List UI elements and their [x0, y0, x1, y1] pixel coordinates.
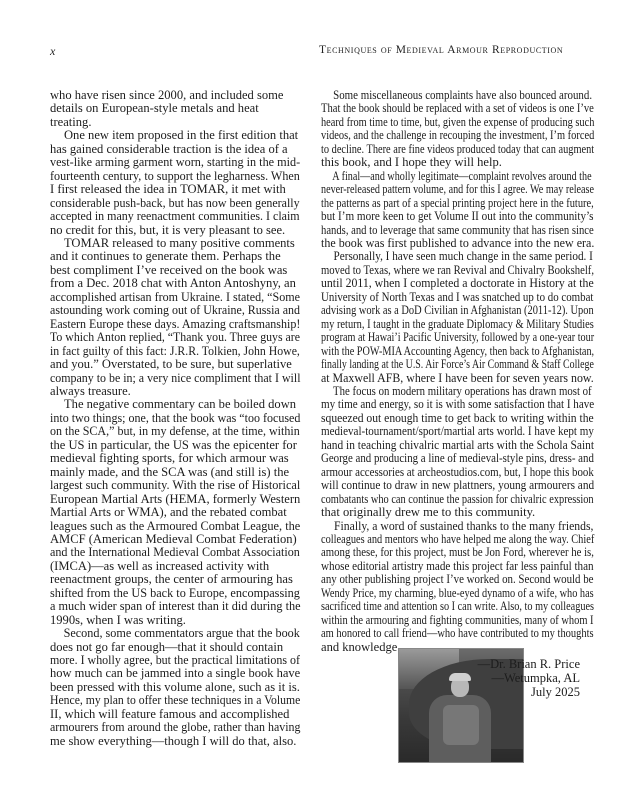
text-line: am honored to call friend—who have contr…	[321, 627, 549, 640]
text-line: medieval fighting sports, for which armo…	[50, 452, 300, 465]
text-line: considerable push-back, but has now been…	[50, 197, 289, 210]
text-line: with the POW-MIA Accounting Agency, then…	[321, 345, 543, 358]
text-line: on the SCA,” but, in my defense, at the …	[50, 425, 290, 438]
author-name: —Dr. Brian R. Price	[478, 657, 580, 671]
text-line: George and producing a line of medieval-…	[321, 452, 558, 465]
text-line: but I’m more keen to get Volume II out i…	[321, 210, 564, 223]
text-line: always treasure.	[50, 385, 300, 398]
text-line: largest such community. With the rise of…	[50, 479, 295, 492]
text-line: hand in teaching chivalric martial arts …	[321, 439, 569, 452]
text-line: colleagues and mentors who have helped m…	[321, 533, 546, 546]
text-line: Some miscellaneous complaints have also …	[321, 89, 558, 102]
text-line: within the armouring and fighting commun…	[321, 614, 548, 627]
text-line: finally landing at the U.S. Air Force’s …	[321, 358, 536, 371]
text-line: me show everything—though I will do that…	[50, 735, 300, 748]
text-line: videos, and the challenge in recouping t…	[321, 129, 548, 142]
text-line: astounding work coming out of Ukraine, R…	[50, 304, 289, 317]
text-line: a much wider span of interest than it di…	[50, 600, 294, 613]
text-line: who have risen since 2000, and included …	[50, 89, 300, 102]
text-line: armourers from around the globe, rather …	[50, 721, 288, 734]
text-line: (IMCA)—as well as increased activity wit…	[50, 560, 300, 573]
signature-date: July 2025	[478, 685, 580, 699]
signature-block: —Dr. Brian R. Price —Wetumpka, AL July 2…	[478, 657, 580, 699]
text-line: the US in particular, the US was the epi…	[50, 439, 300, 452]
text-line: University of North Texas and I was snat…	[321, 291, 558, 304]
text-line: the patterns as part of a special printi…	[321, 197, 548, 210]
text-line: whose editorial artistry made this proje…	[321, 560, 563, 573]
text-line: accomplished artisan from Ukraine. I sta…	[50, 291, 291, 304]
text-line: has gained considerable traction is the …	[50, 143, 300, 156]
text-line: my time and energy, so it is with some s…	[321, 398, 562, 411]
text-line: European Martial Arts (HEMA, formerly We…	[50, 493, 300, 506]
text-line: Wendy Price, my charming, blue-eyed dyna…	[321, 587, 545, 600]
text-line: The negative commentary can be boiled do…	[50, 398, 300, 411]
text-line: armour accessories at archeostudios.com,…	[321, 466, 558, 479]
text-line: medieval-tournament/sport/martial arts w…	[321, 425, 562, 438]
text-line: advising work as a DoD Civilian in Afgha…	[321, 304, 548, 317]
text-line: II, which will feature famous and accomp…	[50, 708, 300, 721]
text-line: sacrificed time and attention so I can w…	[321, 600, 544, 613]
text-line: Eastern Europe these days. Amazing craft…	[50, 318, 290, 331]
text-line: moved to Texas, where we ran Revival and…	[321, 264, 553, 277]
text-line: shifted from the US back to Europe, enco…	[50, 587, 294, 600]
text-line: The focus on modern military operations …	[321, 385, 556, 398]
text-line: Martial Arts or WMA), and the rebated co…	[50, 506, 300, 519]
text-line: at Maxwell AFB, where I have been for se…	[321, 372, 580, 385]
text-line: program at Hawai’i Pacific University, f…	[321, 331, 542, 344]
text-line: from a Dec. 2018 chat with Anton Antoshy…	[50, 277, 300, 290]
text-line: company to be in; a very nice compliment…	[50, 372, 288, 385]
right-text-column: Some miscellaneous complaints have also …	[321, 89, 594, 654]
running-title: Techniques of Medieval Armour Reproducti…	[319, 44, 563, 56]
text-line: that originally drew me to this communit…	[321, 506, 594, 519]
text-line: Hence, my plan to offer these techniques…	[50, 694, 283, 707]
text-line: never-released pattern volume, and for t…	[321, 183, 542, 196]
text-line: until 2011, when I completed a doctorate…	[321, 277, 578, 290]
text-line: this book, and I hope they will help.	[321, 156, 594, 169]
text-line: heard from time to time, but, given the …	[321, 116, 546, 129]
photo-figure-cap	[449, 673, 471, 681]
author-location: —Wetumpka, AL	[478, 671, 580, 685]
text-line: in fact guilty of this fact: J.R.R. Tolk…	[50, 345, 285, 358]
book-page: x Techniques of Medieval Armour Reproduc…	[0, 0, 618, 800]
text-line: how much can be jammed into a single boo…	[50, 667, 299, 680]
text-line: the book was first published to advance …	[321, 237, 583, 250]
text-line: combatants who can continue the passion …	[321, 493, 547, 506]
text-line: Finally, a word of sustained thanks to t…	[321, 520, 575, 533]
text-line: treating.	[50, 116, 300, 129]
text-line: reenactment groups, the center of armour…	[50, 573, 300, 586]
text-line: any other publishing project I’ve worked…	[321, 573, 558, 586]
text-line: To which Anton replied, “Thank you. Thre…	[50, 331, 286, 344]
text-line: I first released the idea in TOMAR, it m…	[50, 183, 300, 196]
text-line: no credit for this, but, it is very plea…	[50, 224, 300, 237]
text-line: into two things; one, that the book was …	[50, 412, 290, 425]
text-line: One new item proposed in the first editi…	[50, 129, 300, 142]
text-line: AMCF (American Medieval Combat Federatio…	[50, 533, 300, 546]
text-line: does not go far enough—that it should co…	[50, 641, 300, 654]
text-line: squeezed out enough time to get back to …	[321, 412, 574, 425]
text-line: and you.” Overstated, to be sure, but su…	[50, 358, 300, 371]
running-head: x Techniques of Medieval Armour Reproduc…	[50, 44, 578, 60]
text-line: accepted in many reenactment communities…	[50, 210, 289, 223]
text-line: to decline. There are fine videos produc…	[321, 143, 546, 156]
text-line: will continue to draw in new plattners, …	[321, 479, 567, 492]
text-line: Second, some commentators argue that the…	[50, 627, 293, 640]
text-line: hands, and to leverage that same communi…	[321, 224, 553, 237]
text-line: been pressed with this volume alone, suc…	[50, 681, 300, 694]
left-text-column: who have risen since 2000, and included …	[50, 89, 300, 748]
text-line: best compliment I’ve received on the boo…	[50, 264, 300, 277]
text-line: mainly made, and the SCA was (and still …	[50, 466, 300, 479]
text-line: fourteenth century, to support the legha…	[50, 170, 291, 183]
text-line: my return, I taught in the graduate Dipl…	[321, 318, 548, 331]
text-line: details on European-style metals and hea…	[50, 102, 300, 115]
page-number: x	[50, 44, 55, 59]
text-line: vest-like arming garment worn, starting …	[50, 156, 293, 169]
text-line: and the International Medieval Combat As…	[50, 546, 291, 559]
text-line: 1990s, when I was writing.	[50, 614, 300, 627]
text-line: Personally, I have seen much change in t…	[321, 250, 565, 263]
text-line: leagues such as the Armoured Combat Leag…	[50, 520, 296, 533]
text-line: among these, for this project, must be J…	[321, 546, 555, 559]
text-line: more. I wholly agree, but the practical …	[50, 654, 289, 667]
text-line: That the book should be replaced with a …	[321, 102, 551, 115]
text-line: and it continues to generate them. Perha…	[50, 250, 300, 263]
text-line: A final—and wholly legitimate—complaint …	[321, 170, 541, 183]
text-line: TOMAR released to many positive comments	[50, 237, 300, 250]
photo-figure-vest	[443, 705, 479, 745]
